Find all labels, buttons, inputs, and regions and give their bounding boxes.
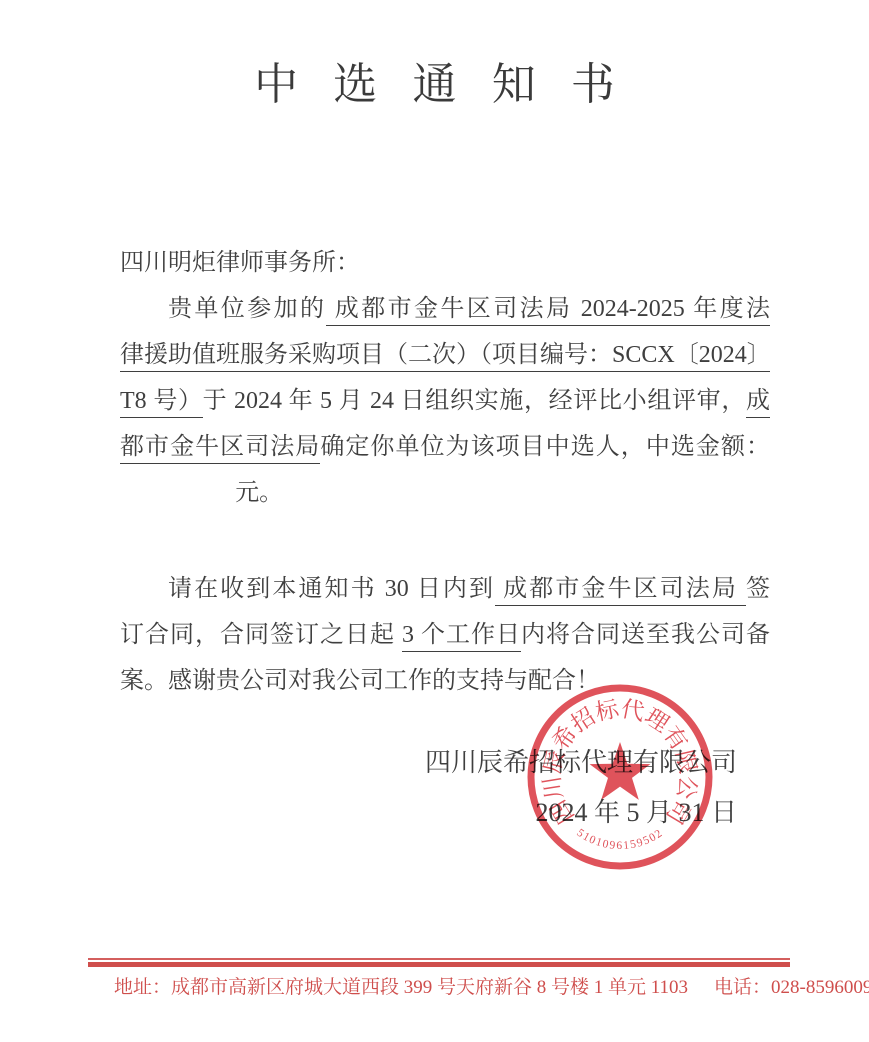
signature-company: 四川辰希招标代理有限公司: [425, 738, 737, 788]
underlined-text: 都市金牛区司法局: [120, 434, 320, 464]
text-segment: 案。感谢贵公司对我公司工作的支持与配合！: [120, 668, 600, 694]
text-line: 都市金牛区司法局确定你单位为该项目中选人，中选金额：: [120, 424, 770, 470]
text-line: 贵单位参加的 成都市金牛区司法局 2024-2025 年度法: [120, 286, 770, 332]
letterhead-footer: 地址：成都市高新区府城大道西段 399 号天府新谷 8 号楼 1 单元 1103…: [88, 958, 790, 1001]
footer-rule-thick: [88, 962, 790, 967]
text-line: 案。感谢贵公司对我公司工作的支持与配合！: [120, 658, 770, 704]
text-segment: 签: [746, 576, 770, 602]
footer-text: 地址：成都市高新区府城大道西段 399 号天府新谷 8 号楼 1 单元 1103…: [88, 975, 790, 1001]
text-line: 订合同，合同签订之日起 3 个工作日内将合同送至我公司备: [120, 612, 770, 658]
underlined-text: 3 个工作日: [402, 622, 521, 652]
text-segment: 请在收到本通知书 30 日内到: [168, 576, 495, 602]
scanned-notice-page: 中选通知书 四川明炬律师事务所： 贵单位参加的 成都市金牛区司法局 2024-2…: [0, 0, 869, 1042]
footer-rule-thin: [88, 958, 790, 960]
text-segment: 元。: [235, 480, 283, 506]
text-line: 请在收到本通知书 30 日内到 成都市金牛区司法局 签: [120, 566, 770, 612]
text-segment: 内将合同送至我公司备: [521, 622, 770, 648]
text-line: T8 号）于 2024 年 5 月 24 日组织实施，经评比小组评审，成: [120, 378, 770, 424]
underlined-text: 律援助值班服务采购项目（二次）（项目编号：SCCX〔2024〕: [120, 342, 770, 372]
text-line: 律援助值班服务采购项目（二次）（项目编号：SCCX〔2024〕: [120, 332, 770, 378]
signature-block: 四川辰希招标代理有限公司 2024 年 5 月 31 日: [425, 738, 737, 838]
underlined-text: T8 号）: [120, 388, 203, 418]
footer-phone: 电话：028-85960093: [714, 975, 869, 1001]
document-body: 四川明炬律师事务所： 贵单位参加的 成都市金牛区司法局 2024-2025 年度…: [120, 240, 770, 704]
paragraph-award: 贵单位参加的 成都市金牛区司法局 2024-2025 年度法律援助值班服务采购项…: [120, 286, 770, 516]
signature-date: 2024 年 5 月 31 日: [425, 788, 737, 838]
paragraph-contract: 请在收到本通知书 30 日内到 成都市金牛区司法局 签订合同，合同签订之日起 3…: [120, 566, 770, 704]
underlined-text: 成都市金牛区司法局 2024-2025 年度法: [326, 296, 770, 326]
underlined-text: 成都市金牛区司法局: [495, 576, 746, 606]
text-line: 元。: [120, 470, 770, 516]
underlined-text: 成: [746, 388, 770, 418]
text-segment: 贵单位参加的: [168, 296, 326, 322]
text-segment: 于 2024 年 5 月 24 日组织实施，经评比小组评审，: [203, 388, 746, 414]
text-segment: 确定你单位为该项目中选人，中选金额：: [320, 434, 770, 460]
text-segment: 订合同，合同签订之日起: [120, 622, 402, 648]
addressee-line: 四川明炬律师事务所：: [120, 240, 770, 286]
footer-address: 地址：成都市高新区府城大道西段 399 号天府新谷 8 号楼 1 单元 1103: [114, 975, 688, 1001]
document-title: 中选通知书: [0, 48, 869, 112]
